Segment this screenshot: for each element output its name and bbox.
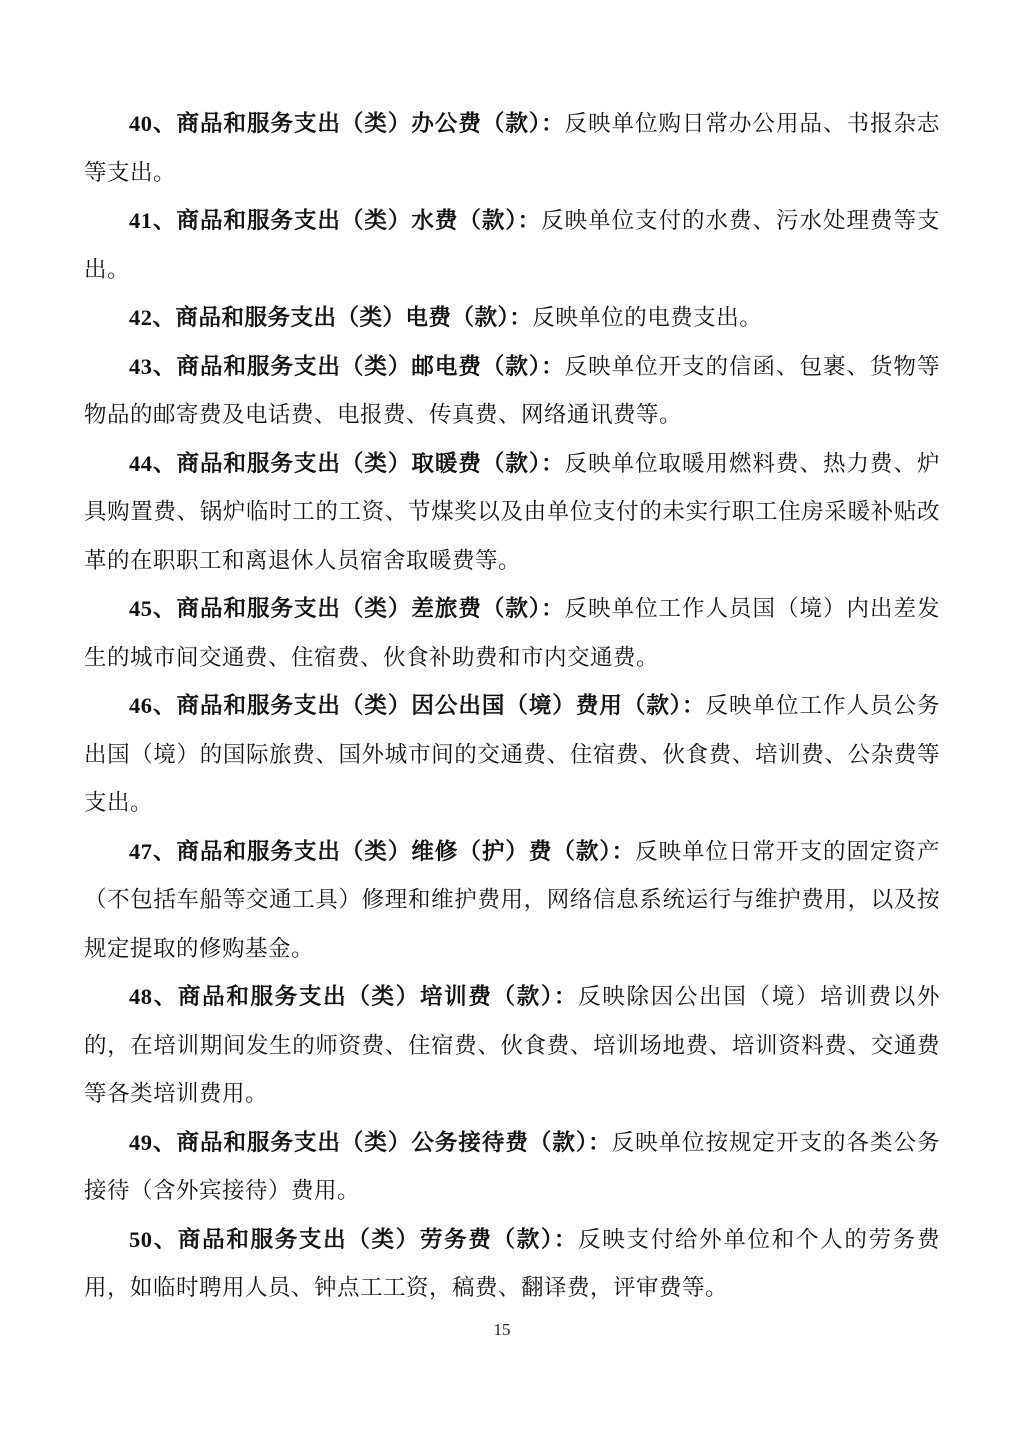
item-heading: 48、商品和服务支出（类）培训费（款）： — [129, 984, 578, 1009]
expense-item-43: 43、商品和服务支出（类）邮电费（款）：反映单位开支的信函、包裹、货物等物品的邮… — [84, 343, 940, 440]
item-heading: 42、商品和服务支出（类）电费（款）： — [129, 305, 532, 330]
expense-item-50: 50、商品和服务支出（类）劳务费（款）：反映支付给外单位和个人的劳务费用，如临时… — [84, 1216, 940, 1313]
item-heading: 50、商品和服务支出（类）劳务费（款）： — [129, 1227, 578, 1252]
item-heading: 47、商品和服务支出（类）维修（护）费（款）： — [129, 839, 635, 864]
expense-item-47: 47、商品和服务支出（类）维修（护）费（款）：反映单位日常开支的固定资产（不包括… — [84, 828, 940, 974]
expense-item-48: 48、商品和服务支出（类）培训费（款）：反映除因公出国（境）培训费以外的，在培训… — [84, 973, 940, 1119]
expense-item-45: 45、商品和服务支出（类）差旅费（款）：反映单位工作人员国（境）内出差发生的城市… — [84, 585, 940, 682]
expense-item-42: 42、商品和服务支出（类）电费（款）：反映单位的电费支出。 — [84, 294, 940, 343]
item-body: 反映单位的电费支出。 — [532, 305, 762, 330]
item-heading: 45、商品和服务支出（类）差旅费（款）： — [129, 596, 565, 621]
item-heading: 46、商品和服务支出（类）因公出国（境）费用（款）： — [129, 693, 706, 718]
expense-item-49: 49、商品和服务支出（类）公务接待费（款）：反映单位按规定开支的各类公务接待（含… — [84, 1119, 940, 1216]
item-heading: 43、商品和服务支出（类）邮电费（款）： — [129, 354, 565, 379]
expense-item-41: 41、商品和服务支出（类）水费（款）：反映单位支付的水费、污水处理费等支出。 — [84, 197, 940, 294]
expense-item-46: 46、商品和服务支出（类）因公出国（境）费用（款）：反映单位工作人员公务出国（境… — [84, 682, 940, 828]
item-heading: 49、商品和服务支出（类）公务接待费（款）： — [129, 1130, 612, 1155]
page-number: 15 — [0, 1318, 1004, 1342]
item-heading: 41、商品和服务支出（类）水费（款）： — [129, 208, 541, 233]
item-heading: 44、商品和服务支出（类）取暖费（款）： — [129, 451, 565, 476]
document-body: 40、商品和服务支出（类）办公费（款）：反映单位购日常办公用品、书报杂志等支出。… — [84, 100, 940, 1313]
document-page: 40、商品和服务支出（类）办公费（款）：反映单位购日常办公用品、书报杂志等支出。… — [0, 0, 1024, 1454]
expense-item-44: 44、商品和服务支出（类）取暖费（款）：反映单位取暖用燃料费、热力费、炉具购置费… — [84, 440, 940, 586]
item-heading: 40、商品和服务支出（类）办公费（款）： — [129, 111, 565, 136]
expense-item-40: 40、商品和服务支出（类）办公费（款）：反映单位购日常办公用品、书报杂志等支出。 — [84, 100, 940, 197]
